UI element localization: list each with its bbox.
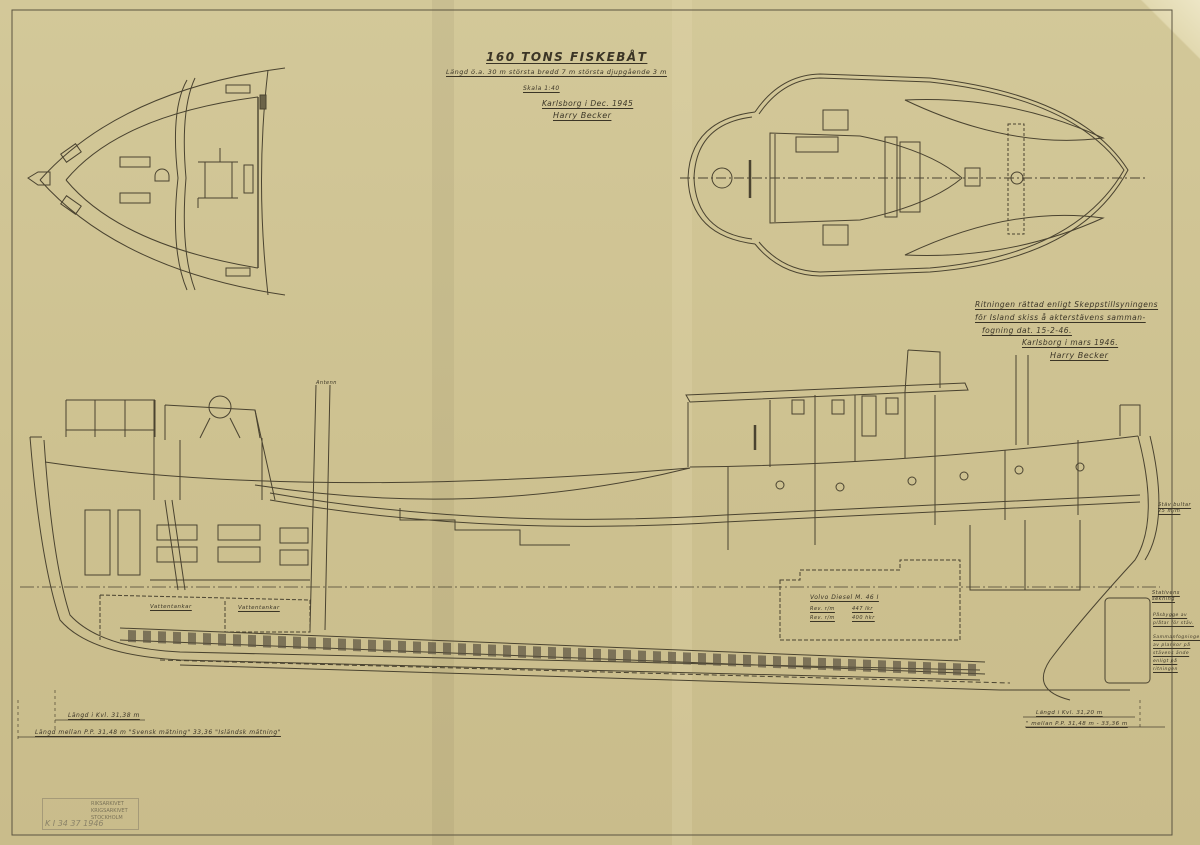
engine-row2-value: 400 hkr xyxy=(852,615,875,621)
engine-label: Volvo Diesel M. 46 I xyxy=(810,594,879,601)
water-tank-label-1: Vattentankar xyxy=(150,604,192,610)
dimensions-line: Längd ö.a. 30 m största bredd 7 m störst… xyxy=(446,68,667,76)
engine-row2-label: Rev. r/m xyxy=(810,615,835,621)
archive-stamp: RIKSARKIVET KRIGSARKIVET STOCKHOLM K I 3… xyxy=(42,798,139,830)
drawing-border xyxy=(12,10,1172,835)
drawing-sheet: 160 TONS FISKEBÅT Längd ö.a. 30 m störst… xyxy=(0,0,1200,845)
aft-deck-plan xyxy=(680,74,1145,276)
stamp-number: K I 34 37 1946 xyxy=(45,819,104,828)
revision-signature: Harry Becker xyxy=(1050,351,1108,360)
ship-drawing xyxy=(0,0,1200,845)
engine-row1-label: Rev. r/m xyxy=(810,606,835,612)
engine-row1-value: 447 lkr xyxy=(852,606,873,612)
revision-line-3: fogning dat. 15-2-46. xyxy=(982,326,1072,335)
water-tank-label-2: Vattentankar xyxy=(238,605,280,611)
fore-deck-plan xyxy=(28,68,285,295)
place-date: Karlsborg i Dec. 1945 xyxy=(542,99,633,108)
stern-note-joining: Sammanfogningen av plankor på stävens än… xyxy=(1153,634,1197,674)
revision-line-1: Ritningen rättad enligt Skeppstillsyning… xyxy=(975,300,1158,309)
mast-label: Antenn xyxy=(316,380,337,386)
profile-view xyxy=(18,350,1165,740)
length-pp-left: Längd mellan P.P. 31,48 m "Svensk mätnin… xyxy=(35,729,281,736)
signature: Harry Becker xyxy=(553,111,611,120)
stamp-line-1: RIKSARKIVET xyxy=(91,801,124,807)
drawing-title: 160 TONS FISKEBÅT xyxy=(486,50,647,64)
length-keel-right: Längd i Kvl. 31,20 m xyxy=(1036,710,1103,716)
revision-line-2: för Island skiss å akterstävens samman- xyxy=(975,313,1146,322)
stern-note-drawing: Stativens sekning xyxy=(1152,590,1197,602)
stamp-line-2: KRIGSARKIVET xyxy=(91,808,128,814)
length-keel-left: Längd i Kvl. 31,38 m xyxy=(68,712,140,719)
revision-place-date: Karlsborg i mars 1946. xyxy=(1022,338,1118,347)
stern-note-plates: Påsbygge av plåtar för stäv. xyxy=(1153,612,1197,628)
scale-label: Skala 1:40 xyxy=(523,85,560,92)
stern-note-bolts: Stäv bultar 25 m/m xyxy=(1158,502,1198,514)
length-pp-right: " mellan P.P. 31,48 m - 33,36 m xyxy=(1026,721,1128,727)
